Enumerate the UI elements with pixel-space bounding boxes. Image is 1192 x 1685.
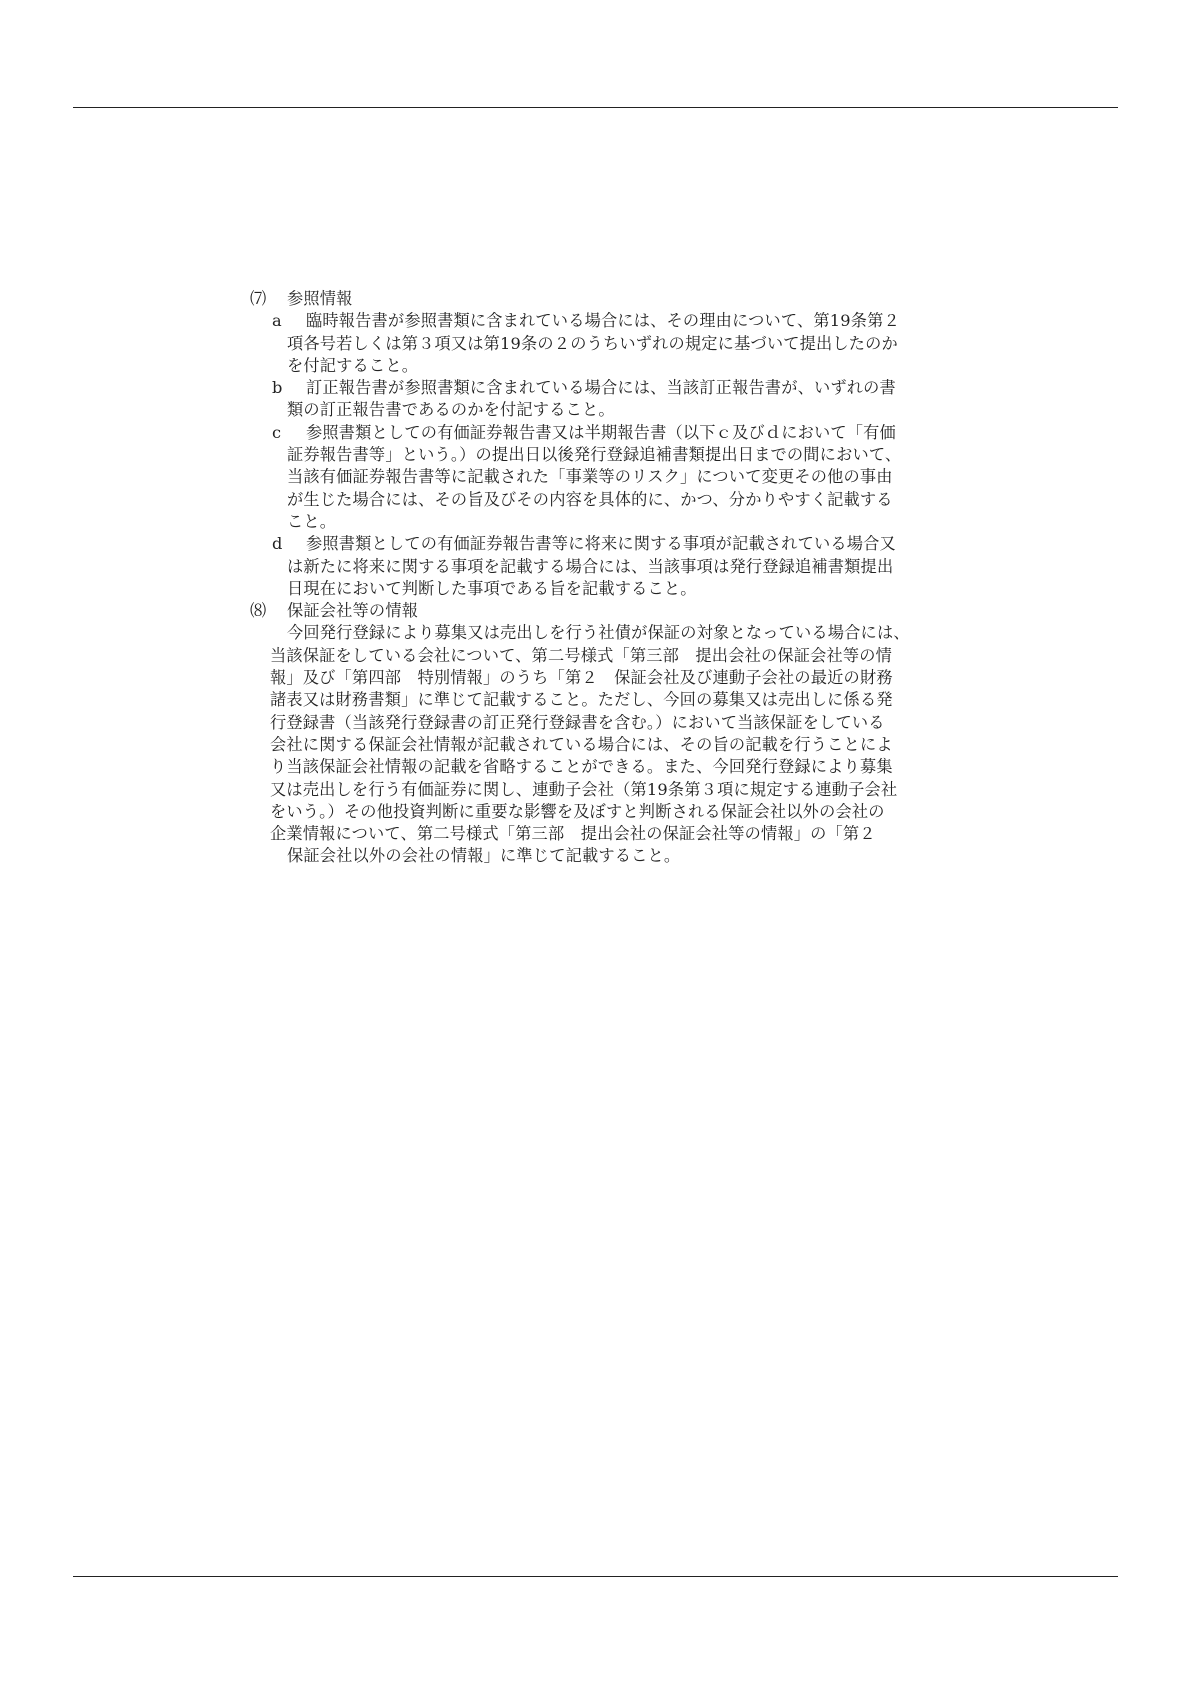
item-text-line: 臨時報告書が参照書類に含まれている場合には、その理由について、第19条第２ <box>306 311 900 330</box>
item-text-line: 日現在において判断した事項である旨を記載すること。 <box>250 578 970 600</box>
item-text-line: 訂正報告書が参照書類に含まれている場合には、当該訂正報告書が、いずれの書 <box>306 378 896 397</box>
item-text-line: 証券報告書等」という。）の提出日以後発行登録追補書類提出日までの間において、 <box>250 444 970 466</box>
paragraph-line: 又は売出しを行う有価証券に関し、連動子会社（第19条第３項に規定する連動子会社 <box>250 779 970 801</box>
item-text-line: 参照書類としての有価証券報告書又は半期報告書（以下ｃ及びｄにおいて「有価 <box>306 423 896 442</box>
paragraph-line: 会社に関する保証会社情報が記載されている場合には、その旨の記載を行うことによ <box>250 734 970 756</box>
item-text-line: は新たに将来に関する事項を記載する場合には、当該事項は発行登録追補書類提出 <box>250 556 970 578</box>
paragraph-line: 報」及び「第四部 特別情報」のうち「第２ 保証会社及び連動子会社の最近の財務 <box>250 667 970 689</box>
paragraph-line: 企業情報について、第二号様式「第三部 提出会社の保証会社等の情報」の「第２ <box>250 823 970 845</box>
item-text-line: 類の訂正報告書であるのかを付記すること。 <box>250 399 970 421</box>
item-text-line: 項各号若しくは第３項又は第19条の２のうちいずれの規定に基づいて提出したのか <box>250 333 970 355</box>
paragraph-line: り当該保証会社情報の記載を省略することができる。また、今回発行登録により募集 <box>250 756 970 778</box>
section-title: 参照情報 <box>287 289 353 308</box>
section-number: ⑺ <box>250 288 287 310</box>
section-heading-8: ⑻保証会社等の情報 <box>250 600 970 622</box>
item-letter: c <box>250 422 306 444</box>
item-text-line: こと。 <box>250 511 970 533</box>
paragraph-line: 諸表又は財務書類」に準じて記載すること。ただし、今回の募集又は売出しに係る発 <box>250 689 970 711</box>
section-number: ⑻ <box>250 600 287 622</box>
item-letter: d <box>250 533 306 555</box>
paragraph-line: 今回発行登録により募集又は売出しを行う社債が保証の対象となっている場合には、 <box>250 622 970 644</box>
section-heading-7: ⑺参照情報 <box>250 288 970 310</box>
item-text-line: 参照書類としての有価証券報告書等に将来に関する事項が記載されている場合又 <box>306 534 896 553</box>
list-item-d: d参照書類としての有価証券報告書等に将来に関する事項が記載されている場合又 は新… <box>250 533 970 600</box>
list-item-a: a臨時報告書が参照書類に含まれている場合には、その理由について、第19条第２ 項… <box>250 310 970 377</box>
paragraph-line: 保証会社以外の会社の情報」に準じて記載すること。 <box>250 845 970 867</box>
item-text-line: を付記すること。 <box>250 355 970 377</box>
item-letter: b <box>250 377 306 399</box>
list-item-b: b訂正報告書が参照書類に含まれている場合には、当該訂正報告書が、いずれの書 類の… <box>250 377 970 422</box>
document-body: ⑺参照情報 a臨時報告書が参照書類に含まれている場合には、その理由について、第1… <box>250 288 970 868</box>
list-item-c: c参照書類としての有価証券報告書又は半期報告書（以下ｃ及びｄにおいて「有価 証券… <box>250 422 970 533</box>
paragraph-line: 行登録書（当該発行登録書の訂正発行登録書を含む。）において当該保証をしている <box>250 712 970 734</box>
section-8-paragraph: 今回発行登録により募集又は売出しを行う社債が保証の対象となっている場合には、 当… <box>250 622 970 867</box>
section-title: 保証会社等の情報 <box>287 601 418 620</box>
item-text-line: が生じた場合には、その旨及びその内容を具体的に、かつ、分かりやすく記載する <box>250 489 970 511</box>
item-text-line: 当該有価証券報告書等に記載された「事業等のリスク」について変更その他の事由 <box>250 466 970 488</box>
paragraph-line: 当該保証をしている会社について、第二号様式「第三部 提出会社の保証会社等の情 <box>250 645 970 667</box>
header-rule <box>73 107 1118 108</box>
item-letter: a <box>250 310 306 332</box>
footer-rule <box>73 1576 1118 1577</box>
paragraph-line: をいう。）その他投資判断に重要な影響を及ぼすと判断される保証会社以外の会社の <box>250 801 970 823</box>
